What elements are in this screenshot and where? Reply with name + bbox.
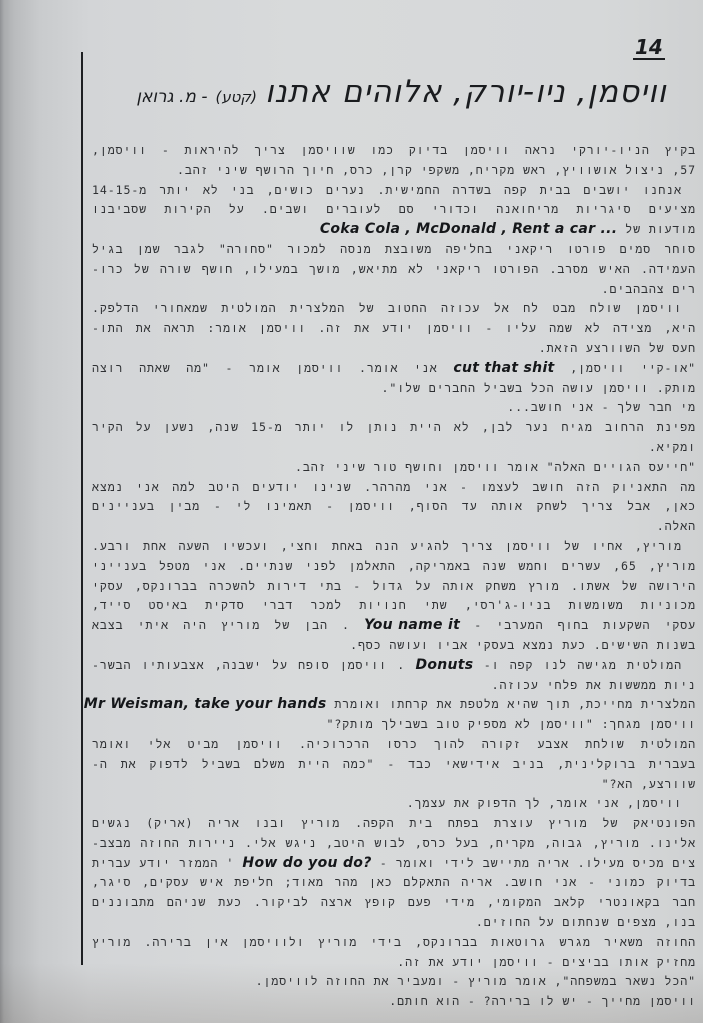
- text-line: וויסמן, אני אומר, לך הדפוק את עצמך.: [92, 794, 696, 814]
- typed-text: מפינת הרחוב מגיח נער לבן, לא היית נותן ל…: [92, 420, 696, 434]
- text-line: החוזה משאיר מגרש גרוטאות בברונקס, בידי מ…: [92, 933, 696, 953]
- typed-text: מודעות של: [625, 222, 696, 236]
- typed-text: העמידה. האיש מסרב. הפורטו ריקאני לא מתיא…: [92, 262, 696, 276]
- page-title: וויסמן, ניו-יורק, אלוהים אתנו: [265, 74, 667, 110]
- handwritten-insert: cut that shit: [453, 359, 554, 379]
- text-line: אנחנו יושבים בבית קפה בשדרה החמישית. נער…: [92, 181, 696, 201]
- text-line: וויסמן מחייך - יש לו ברירה? - הוא חותם.: [92, 992, 696, 1012]
- text-line: בקיץ הניו-יורקי נראה וויסמן בדיוק כמו שו…: [92, 141, 696, 161]
- typed-text: שוורצע, הא?": [602, 777, 696, 791]
- text-line: ומקיא.: [92, 438, 696, 458]
- handwritten-insert: Mr Weisman, take your hands: [84, 695, 327, 715]
- text-line: בדיוק כמוני - אני חושב. אריה התאקלם כאן …: [92, 873, 696, 893]
- text-line: היא, מצידה לא שמה עליו - וויסמן יודע את …: [92, 319, 696, 339]
- text-line: העמידה. האיש מסרב. הפורטו ריקאני לא מתיא…: [92, 260, 696, 280]
- typed-text: אלינו. מוריץ, גבוה, מקריח, בעל כרס, לבוש…: [92, 836, 696, 850]
- typed-text: הפונטיאק של מוריץ עוצרת בפתח בית הקפה. מ…: [92, 816, 696, 830]
- handwritten-insert: Donuts: [415, 656, 473, 676]
- text-line: רים צהבהבים.: [92, 280, 696, 300]
- typed-text: מציעים סיגריות מריחואנה וכדורי סם לעוברי…: [92, 202, 696, 216]
- text-line: צים מכיס מעילו. אריה מתיישב לידי ואומר -…: [92, 854, 696, 874]
- typed-text: חבר בקאונטרי קלאב המקומי, מידי פעם קופץ …: [92, 895, 696, 909]
- text-line: המולטית שולחת אצבע זקורה להוך כרסו הרכרו…: [92, 735, 696, 755]
- typed-text: מכוניות משומשות בניו-ג'רסי, שתי חנויות ל…: [92, 598, 696, 612]
- text-line: מה התאניוק הזה חושב לעצמו - אני מהרהר. ש…: [92, 478, 696, 498]
- typed-text: היא, מצידה לא שמה עליו - וויסמן יודע את …: [92, 321, 696, 335]
- text-line: חבר בקאונטרי קלאב המקומי, מידי פעם קופץ …: [92, 893, 696, 913]
- typed-text: "הכל נשאר במשפחה", אומר מוריץ - ומעביר א…: [256, 974, 696, 988]
- typed-text: וויסמן שולח מבט לח אל עכוזה החטוב של המל…: [92, 301, 682, 315]
- handwritten-insert: You name it: [364, 616, 460, 636]
- text-line: בעברית ברוקלינית, בניב אידישאי כבד - "כמ…: [92, 755, 696, 775]
- typed-text: 57, ניצול אושוויץ, ראש מקריח, משקפי קרן,…: [177, 163, 696, 177]
- typed-text: "חייעס הגויים האלה" אומר וויסמן וחושף טו…: [295, 460, 696, 474]
- page-number: 14: [633, 36, 665, 60]
- typed-text: המלצרית מחייכת, תוך שהיא מלטפת את קרחתו …: [334, 697, 696, 711]
- typed-text: וויסמן מגחך: "וויסמן לא מספיק טוב בשבילך…: [326, 717, 696, 731]
- typed-text: מחזיק אותו בביצים - וויסמן יודע את זה.: [397, 955, 696, 969]
- text-line: סוחר סמים פורטו ריקאני בחליפה משובצת מנס…: [92, 240, 696, 260]
- typed-text: המולטית מגישה לנו קפה ו-: [484, 658, 682, 672]
- title-author: - מ. גרואן: [136, 87, 207, 107]
- typed-text: ומקיא.: [649, 440, 696, 454]
- typed-text: כאן, אבל צריך לשחק אותה עד הסוף, וויסמן …: [92, 499, 696, 513]
- typed-text: בשנות השישים. כעת נמצא בעסקי אביו ועושה …: [350, 638, 696, 652]
- text-line: מוריץ, אחיו של וויסמן צריך להגיע הנה באח…: [92, 537, 696, 557]
- typed-text: צים מכיס מעילו. אריה מתיישב לידי ואומר -: [380, 856, 696, 870]
- typed-text: סוחר סמים פורטו ריקאני בחליפה משובצת מנס…: [92, 242, 696, 256]
- title-block: וויסמן, ניו-יורק, אלוהים אתנו (קטע) - מ.…: [136, 74, 667, 110]
- text-line: חעס של השוורצע הזאת.: [92, 339, 696, 359]
- body-text: בקיץ הניו-יורקי נראה וויסמן בדיוק כמו שו…: [92, 141, 696, 1012]
- typed-text: רים צהבהבים.: [602, 282, 696, 296]
- text-line: "או-קיי וויסמן, cut that shit אני אומר. …: [92, 359, 696, 379]
- typed-text: וויסמן, אני אומר, לך הדפוק את עצמך.: [407, 796, 682, 810]
- text-line: האלה.: [92, 517, 696, 537]
- text-line: המולטית מגישה לנו קפה ו- Donuts . וויסמן…: [92, 656, 696, 676]
- text-line: מותק. וויסמן עושה הכל בשביל החברים שלו".: [92, 379, 696, 399]
- typed-text: וויסמן מחייך - יש לו ברירה? - הוא חותם.: [389, 994, 696, 1008]
- typed-text: החוזה משאיר מגרש גרוטאות בברונקס, בידי מ…: [92, 935, 696, 949]
- text-line: 57, ניצול אושוויץ, ראש מקריח, משקפי קרן,…: [92, 161, 696, 181]
- text-line: מוריץ, 65, עשרים וחמש שנה באמריקה, התאלמ…: [92, 557, 696, 577]
- typed-text: "או-קיי וויסמן,: [570, 361, 696, 375]
- text-line: "חייעס הגויים האלה" אומר וויסמן וחושף טו…: [92, 458, 696, 478]
- typed-text: מותק. וויסמן עושה הכל בשביל החברים שלו".: [382, 381, 697, 395]
- text-line: וויסמן שולח מבט לח אל עכוזה החטוב של המל…: [92, 299, 696, 319]
- text-line: מחזיק אותו בביצים - וויסמן יודע את זה.: [92, 953, 696, 973]
- typed-text: מי חבר שלך - אני חושב...: [507, 400, 696, 414]
- text-line: בנו, מצפים שנחתום על החוזים.: [92, 913, 696, 933]
- handwritten-insert: Coka Cola , McDonald , Rent a car ...: [320, 220, 618, 240]
- text-line: הפונטיאק של מוריץ עוצרת בפתח בית הקפה. מ…: [92, 814, 696, 834]
- typed-text: בעברית ברוקלינית, בניב אידישאי כבד - "כמ…: [92, 757, 696, 771]
- typed-text: בקיץ הניו-יורקי נראה וויסמן בדיוק כמו שו…: [92, 143, 696, 157]
- text-line: עסקי השקעות בחוף המערבי - You name it . …: [92, 616, 696, 636]
- text-line: מפינת הרחוב מגיח נער לבן, לא היית נותן ל…: [92, 418, 696, 438]
- typed-text: בנו, מצפים שנחתום על החוזים.: [476, 915, 696, 929]
- typed-text: בדיוק כמוני - אני חושב. אריה התאקלם כאן …: [92, 875, 696, 889]
- typed-text: ניות ממששות את פלחי עכוזה.: [492, 678, 696, 692]
- typed-text: מוריץ, אחיו של וויסמן צריך להגיע הנה באח…: [92, 539, 682, 553]
- text-line: וויסמן מגחך: "וויסמן לא מספיק טוב בשבילך…: [92, 715, 696, 735]
- text-line: מכוניות משומשות בניו-ג'רסי, שתי חנויות ל…: [92, 596, 696, 616]
- text-line: "הכל נשאר במשפחה", אומר מוריץ - ומעביר א…: [92, 972, 696, 992]
- text-line: כאן, אבל צריך לשחק אותה עד הסוף, וויסמן …: [92, 497, 696, 517]
- handwritten-insert: How do you do?: [242, 854, 371, 874]
- text-line: שוורצע, הא?": [92, 775, 696, 795]
- typed-text: עסקי השקעות בחוף המערבי -: [474, 618, 696, 632]
- title-note: (קטע): [215, 88, 256, 106]
- text-line: מי חבר שלך - אני חושב...: [92, 398, 696, 418]
- typed-text: ' הממזר יודע עברית: [92, 856, 234, 870]
- text-line: מציעים סיגריות מריחואנה וכדורי סם לעוברי…: [92, 200, 696, 220]
- text-line: המלצרית מחייכת, תוך שהיא מלטפת את קרחתו …: [12, 695, 696, 715]
- typed-text: המולטית שולחת אצבע זקורה להוך כרסו הרכרו…: [92, 737, 696, 751]
- typed-text: . וויסמן סופח על ישבנה, אצבעותיו הבשר-: [92, 658, 405, 672]
- typed-text: אני אומר. וויסמן אומר - "מה שאתה רוצה: [92, 361, 438, 375]
- margin-rule: [81, 52, 83, 965]
- typed-text: האלה.: [657, 519, 696, 533]
- text-line: אלינו. מוריץ, גבוה, מקריח, בעל כרס, לבוש…: [92, 834, 696, 854]
- typed-text: חעס של השוורצע הזאת.: [539, 341, 696, 355]
- typed-text: מוריץ, 65, עשרים וחמש שנה באמריקה, התאלמ…: [92, 559, 696, 573]
- typed-text: . הבן של מוריץ היה איתי בצבא: [92, 618, 350, 632]
- text-line: הירושה של אשתו. מורץ משחק אותה על גדול -…: [92, 577, 696, 597]
- text-line: מודעות של Coka Cola , McDonald , Rent a …: [92, 220, 696, 240]
- text-line: בשנות השישים. כעת נמצא בעסקי אביו ועושה …: [92, 636, 696, 656]
- text-line: ניות ממששות את פלחי עכוזה.: [92, 676, 696, 696]
- typed-text: הירושה של אשתו. מורץ משחק אותה על גדול -…: [92, 579, 696, 593]
- typed-text: מה התאניוק הזה חושב לעצמו - אני מהרהר. ש…: [92, 480, 696, 494]
- typed-text: אנחנו יושבים בבית קפה בשדרה החמישית. נער…: [92, 183, 682, 197]
